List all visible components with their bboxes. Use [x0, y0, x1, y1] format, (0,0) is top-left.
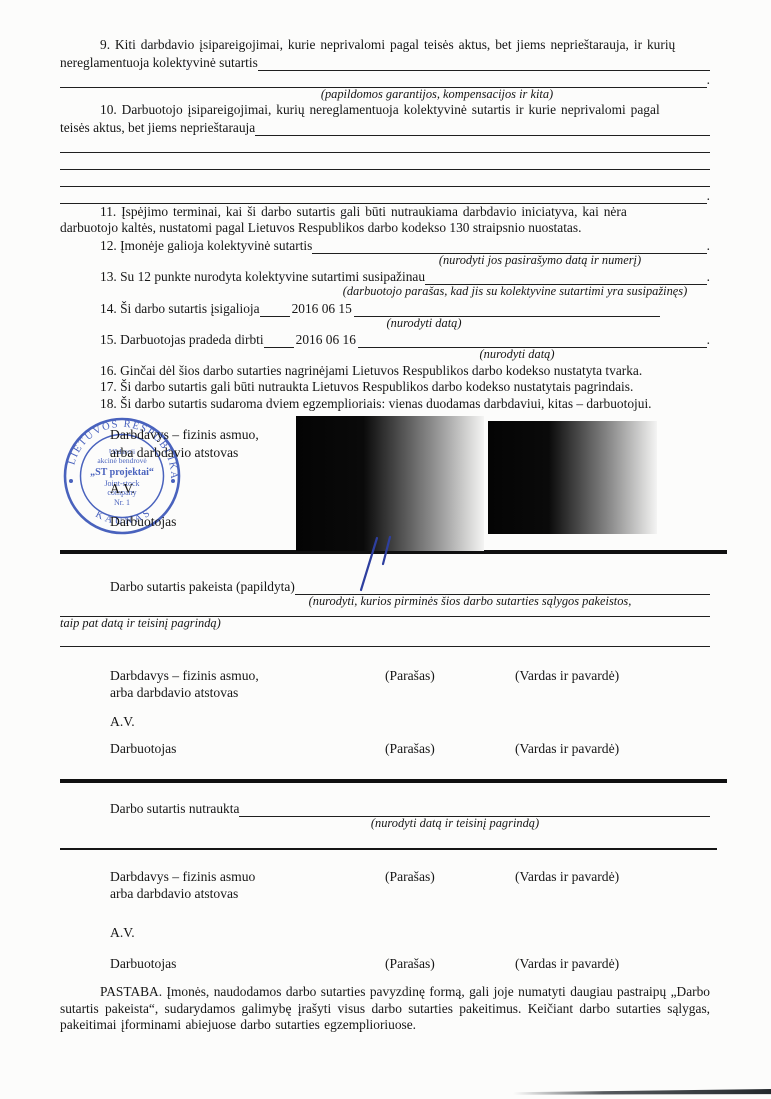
termination-field-line: Darbo sutartis nutraukta [60, 800, 710, 817]
blank-underline [60, 156, 710, 170]
seal-row: A.V. [60, 713, 710, 730]
paragraph-11-line-1: 11. Įspėjimo terminai, kai ši darbo suta… [60, 204, 710, 221]
blank-underline [260, 303, 290, 317]
signature-row-employer: Darbdavys – fizinis asmuo (Parašas) (Var… [60, 868, 710, 885]
blank-underline [255, 122, 710, 136]
paragraph-10-line-1: 10. Darbuotojo įsipareigojimai, kurių ne… [60, 102, 710, 119]
field-caption: (nurodyti datą) [367, 348, 667, 363]
trailing-period: . [707, 238, 710, 254]
redaction-box-employee-signature [488, 421, 657, 534]
stamp-inner-line-6: Nr. 1 [114, 498, 130, 507]
field-caption: (papildomos garantijos, kompensacijos ir… [230, 88, 644, 103]
signature-row-employer-2: arba darbdavio atstovas [60, 684, 710, 701]
field-caption: (nurodyti datą ir teisinį pagrindą) [305, 817, 605, 832]
paragraph-14-field-line: 14. Ši darbo sutartis įsigalioja 2016 06… [60, 300, 710, 317]
signature-row-employee: Darbuotojas (Parašas) (Vardas ir pavardė… [60, 740, 710, 757]
field-label: 13. Su 12 punkte nurodyta kolektyvine su… [60, 269, 425, 285]
employee-label: Darbuotojas [110, 740, 385, 757]
blank-field-line: . [60, 187, 710, 204]
field-label: 14. Ši darbo sutartis įsigalioja [60, 301, 260, 317]
paragraph-9-line-1: 9. Kiti darbdavio įsipareigojimai, kurie… [60, 37, 710, 54]
employee-label: Darbuotojas [110, 955, 385, 972]
blank-underline [60, 173, 710, 187]
seal-abbreviation-label: A.V. [110, 924, 385, 941]
pen-signature-stroke [352, 528, 416, 612]
field-caption: (nurodyti, kurios pirminės šios darbo su… [290, 595, 650, 610]
signature-column-header: (Parašas) [385, 667, 515, 684]
field-label: Darbo sutartis nutraukta [60, 801, 239, 817]
scanned-employment-contract-page: 9. Kiti darbdavio įsipareigojimai, kurie… [0, 0, 771, 1099]
blank-field-line: . [60, 71, 710, 88]
seal-abbreviation-label: A.V. [110, 480, 135, 497]
trailing-period: . [707, 269, 710, 285]
blank-underline [60, 74, 707, 88]
primary-signature-zone: LIETUVOS RESPUBLIKA KAUNAS Uždaroji akci… [60, 416, 710, 550]
name-column-header: (Vardas ir pavardė) [515, 740, 710, 757]
blank-underline [60, 139, 710, 153]
seal-row: A.V. [60, 924, 710, 941]
blank-underline [354, 303, 660, 317]
employee-label: Darbuotojas [110, 513, 176, 530]
paragraph-11-line-2: darbuotojo kaltės, nustatomi pagal Lietu… [60, 220, 710, 237]
scan-edge-artifact [513, 1089, 771, 1095]
field-caption-continued: taip pat datą ir teisinį pagrindą) [60, 617, 710, 633]
paragraph-13-field-line: 13. Su 12 punkte nurodyta kolektyvine su… [60, 268, 710, 285]
employer-label-line-2: arba darbdavio atstovas [110, 444, 238, 461]
pastaba-note-paragraph: PASTABA. Įmonės, naudodamos darbo sutart… [60, 984, 710, 1035]
paragraph-15-field-line: 15. Darbuotojas pradeda dirbti 2016 06 1… [60, 331, 710, 348]
paragraph-10-field-line: teisės aktus, bet jiems neprieštarauja [60, 119, 710, 136]
field-label: nereglamentuoja kolektyvinė sutartis [60, 55, 258, 71]
employer-label-line-1: Darbdavys – fizinis asmuo, [110, 426, 259, 443]
blank-field-line [60, 170, 710, 187]
signature-row-employer-2: arba darbdavio atstovas [60, 885, 710, 902]
blank-field-line [60, 136, 710, 153]
signature-column-header: (Parašas) [385, 955, 515, 972]
name-column-header: (Vardas ir pavardė) [515, 667, 710, 684]
paragraph-9-field-line: nereglamentuoja kolektyvinė sutartis [60, 54, 710, 71]
field-label: teisės aktus, bet jiems neprieštarauja [60, 120, 255, 136]
trailing-period: . [707, 332, 710, 348]
stamp-company-name: „ST projektai“ [90, 467, 154, 478]
blank-underline [258, 57, 710, 71]
employer-label-line-2: arba darbdavio atstovas [110, 684, 385, 701]
seal-abbreviation-label: A.V. [110, 713, 385, 730]
paragraph-12-field-line: 12. Įmonėje galioja kolektyvinė sutartis… [60, 237, 710, 254]
blank-underline [264, 334, 294, 348]
field-caption: (darbuotojo parašas, kad jis su kolektyv… [330, 285, 700, 300]
field-label: Darbo sutartis pakeista (papildyta) [60, 579, 295, 595]
blank-field-line [60, 153, 710, 170]
effective-date-value: 2016 06 15 [290, 301, 354, 317]
paragraph-17: 17. Ši darbo sutartis gali būti nutraukt… [60, 379, 710, 396]
field-caption: (nurodyti datą) [274, 317, 574, 332]
name-column-header: (Vardas ir pavardė) [515, 955, 710, 972]
blank-underline [425, 271, 707, 285]
paragraph-18: 18. Ši darbo sutartis sudaroma dviem egz… [60, 396, 710, 413]
field-caption: (nurodyti jos pasirašymo datą ir numerį) [390, 254, 690, 269]
employer-label-line-2: arba darbdavio atstovas [110, 885, 385, 902]
section-divider-medium [60, 848, 717, 850]
blank-underline [312, 240, 706, 254]
blank-field-line [60, 633, 710, 647]
paragraph-16: 16. Ginčai dėl šios darbo sutarties nagr… [60, 363, 710, 380]
signature-column-header: (Parašas) [385, 740, 515, 757]
field-label: 15. Darbuotojas pradeda dirbti [60, 332, 264, 348]
employer-label-line-1: Darbdavys – fizinis asmuo [110, 868, 385, 885]
signature-row-employer: Darbdavys – fizinis asmuo, (Parašas) (Va… [60, 667, 710, 684]
blank-underline [239, 803, 710, 817]
trailing-period: . [707, 188, 710, 204]
blank-underline [358, 334, 707, 348]
signature-column-header: (Parašas) [385, 868, 515, 885]
section-divider-thick [60, 779, 727, 783]
trailing-period: . [707, 72, 710, 88]
employer-label-line-1: Darbdavys – fizinis asmuo, [110, 667, 385, 684]
name-column-header: (Vardas ir pavardė) [515, 868, 710, 885]
blank-underline [60, 190, 707, 204]
signature-row-employee: Darbuotojas (Parašas) (Vardas ir pavardė… [60, 955, 710, 972]
field-label: 12. Įmonėje galioja kolektyvinė sutartis [60, 238, 312, 254]
start-work-date-value: 2016 06 16 [294, 332, 358, 348]
